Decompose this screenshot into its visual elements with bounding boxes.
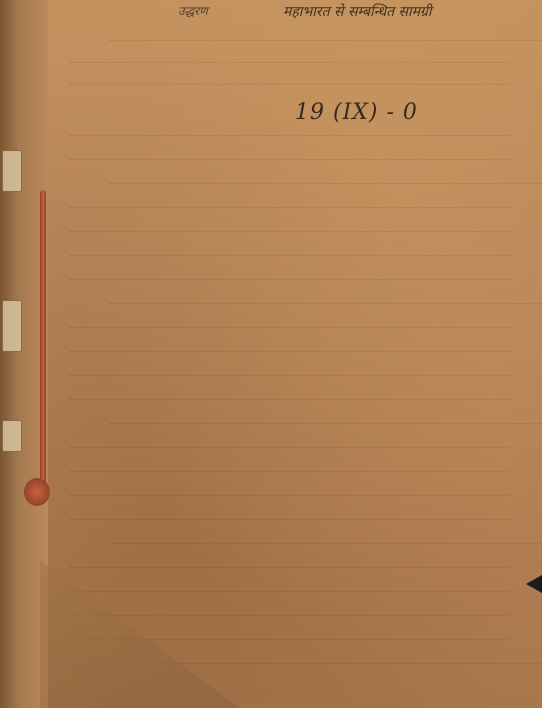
handwritten-line	[70, 84, 510, 85]
handwritten-line	[70, 279, 510, 280]
handwritten-line	[110, 303, 542, 304]
handwritten-line	[70, 159, 510, 160]
handwritten-line	[110, 423, 542, 424]
handwritten-line	[70, 447, 510, 448]
manuscript-page: उद्धरण महाभारत से सम्बन्धित सामग्री 19 (…	[0, 0, 542, 708]
catalog-number: 19 (IX) - 0	[295, 100, 418, 125]
page-title: महाभारत से सम्बन्धित सामग्री	[283, 2, 432, 21]
torn-edge	[2, 420, 22, 452]
handwritten-line	[70, 567, 510, 568]
handwritten-line	[70, 375, 510, 376]
binding-thread	[40, 190, 46, 490]
handwritten-line	[110, 183, 542, 184]
handwritten-line	[70, 231, 510, 232]
handwritten-line	[70, 62, 510, 63]
handwritten-line	[70, 351, 510, 352]
binding-knot	[24, 478, 50, 506]
torn-edge	[2, 150, 22, 192]
header-note: उद्धरण	[178, 2, 208, 19]
handwritten-line	[70, 615, 510, 616]
handwritten-line	[110, 543, 542, 544]
clip-edge	[526, 575, 542, 593]
handwritten-line	[70, 519, 510, 520]
handwritten-line	[70, 471, 510, 472]
handwritten-line	[70, 495, 510, 496]
handwritten-line	[70, 135, 510, 136]
handwritten-line	[70, 327, 510, 328]
handwritten-line	[70, 399, 510, 400]
folded-corner	[40, 560, 240, 708]
handwritten-line	[70, 207, 510, 208]
handwritten-line	[70, 255, 510, 256]
handwritten-line	[70, 591, 510, 592]
torn-edge	[2, 300, 22, 352]
handwritten-line	[110, 40, 542, 41]
